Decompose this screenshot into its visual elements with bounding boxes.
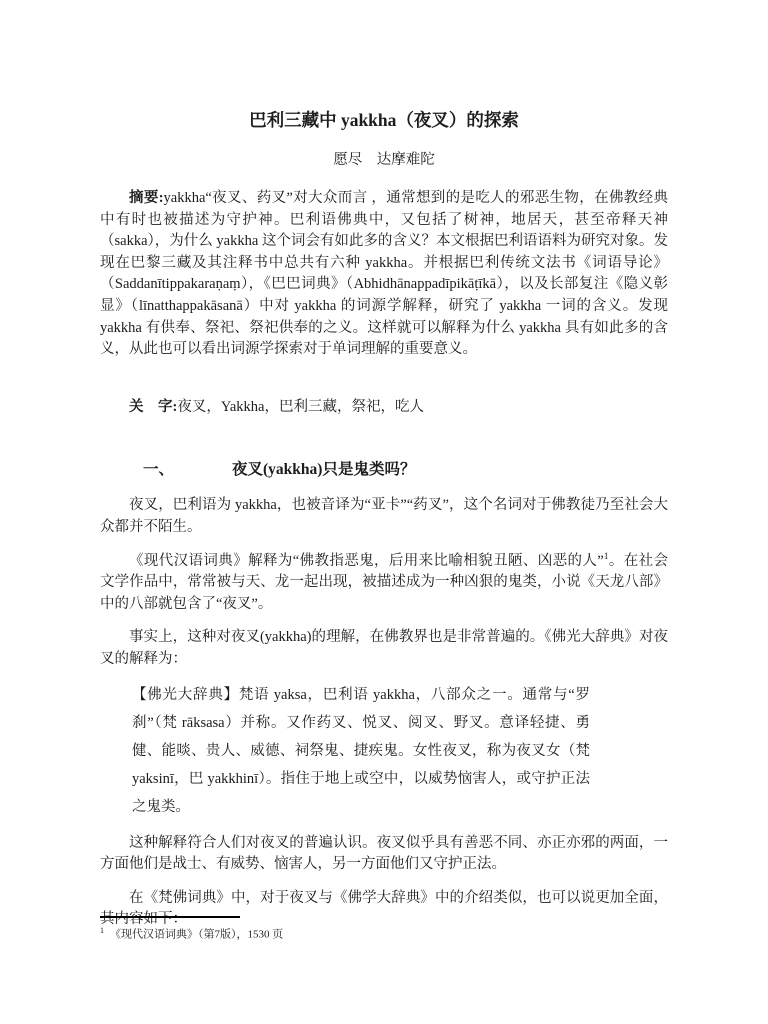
footnote-separator xyxy=(100,916,240,918)
body-paragraph-1: 夜叉，巴利语为 yakkha，也被音译为“亚卡”“药叉”，这个名词对于佛教徒乃至… xyxy=(100,495,668,538)
paragraph-2-text-before-ref: 《现代汉语词典》解释为“佛教指恶鬼，后用来比喻相貌丑陋、凶恶的人” xyxy=(129,553,604,569)
abstract-label: 摘要: xyxy=(129,190,164,206)
keywords-paragraph: 关 字:夜叉，Yakkha，巴利三藏，祭祀，吃人 xyxy=(100,397,668,419)
footnote-area: 1《现代汉语词典》（第7版），1530 页 xyxy=(100,916,668,943)
body-paragraph-2: 《现代汉语词典》解释为“佛教指恶鬼，后用来比喻相貌丑陋、凶恶的人”1。在社会文学… xyxy=(100,551,668,616)
document-page: 巴利三藏中 yakkha（夜叉）的探索 愿尽 达摩难陀 摘要:yakkha“夜叉… xyxy=(0,0,768,1024)
abstract-text: yakkha“夜叉、药叉”对大众而言 ，通常想到的是吃人的邪恶生物，在佛教经典中… xyxy=(100,190,668,357)
document-title: 巴利三藏中 yakkha（夜叉）的探索 xyxy=(100,108,668,132)
footnote: 1《现代汉语词典》（第7版），1530 页 xyxy=(100,923,668,943)
body-paragraph-4: 这种解释符合人们对夜叉的普遍认识。夜叉似乎具有善恶不同、亦正亦邪的两面，一方面他… xyxy=(100,833,668,876)
section-number: 一、 xyxy=(143,461,174,478)
footnote-text: 《现代汉语词典》（第7版），1530 页 xyxy=(110,929,283,941)
dictionary-quote-block: 【佛光大辞典】梵语 yaksa，巴利语 yakkha，八部众之一。通常与“罗刹”… xyxy=(132,681,590,821)
body-paragraph-3: 事实上，这种对夜叉(yakkha)的理解，在佛教界也是非常普遍的。《佛光大辞典》… xyxy=(100,627,668,670)
footnote-number: 1 xyxy=(100,926,104,935)
section-heading: 一、夜叉(yakkha)只是鬼类吗？ xyxy=(100,458,668,481)
abstract-paragraph: 摘要:yakkha“夜叉、药叉”对大众而言 ，通常想到的是吃人的邪恶生物，在佛教… xyxy=(100,188,668,361)
author-line: 愿尽 达摩难陀 xyxy=(100,149,668,171)
keywords-text: 夜叉，Yakkha，巴利三藏，祭祀，吃人 xyxy=(177,399,424,415)
keywords-label: 关 字: xyxy=(129,399,177,415)
document-content: 巴利三藏中 yakkha（夜叉）的探索 愿尽 达摩难陀 摘要:yakkha“夜叉… xyxy=(100,0,668,931)
section-heading-text: 夜叉(yakkha)只是鬼类吗？ xyxy=(232,461,415,478)
